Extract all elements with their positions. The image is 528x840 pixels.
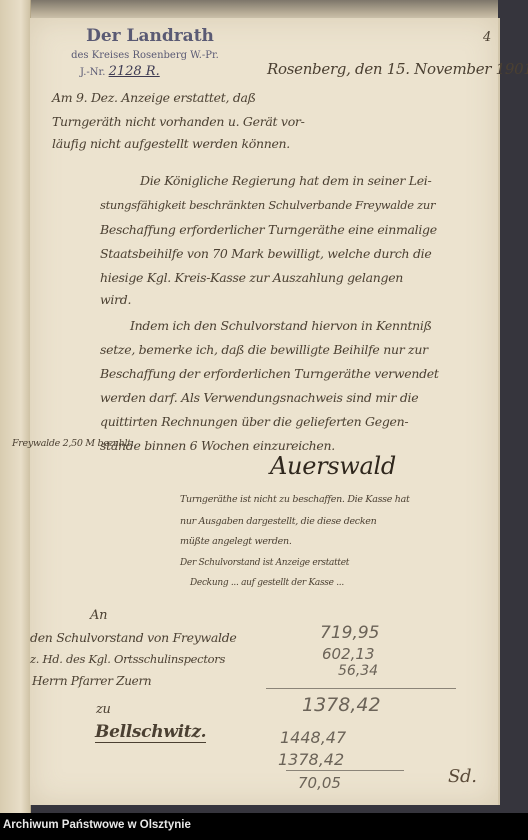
archive-name: Archiwum Państwowe w Olsztynie	[3, 819, 191, 831]
body-line: Indem ich den Schulvorstand hiervon in K…	[130, 318, 432, 333]
document-viewer: Der Landrath des Kreises Rosenberg W.-Pr…	[0, 0, 528, 813]
calc-addend: 719,95	[320, 623, 379, 643]
calc-addend: 602,13	[322, 645, 375, 663]
left-binding-leaf	[0, 0, 31, 813]
body-line: Beschaffung erforderlicher Turngeräthe e…	[100, 222, 437, 237]
journal-number: J.-Nr. 2128 R.	[80, 64, 160, 79]
address-to: An	[90, 608, 107, 623]
body-line: stände binnen 6 Wochen einzureichen.	[100, 438, 335, 453]
body-line: läufig nicht aufgestellt werden können.	[52, 136, 290, 151]
body-line: hiesige Kgl. Kreis-Kasse zur Auszahlung …	[100, 270, 403, 285]
annotation-line: nur Ausgaben dargestellt, die diese deck…	[180, 516, 376, 527]
body-line: wird.	[100, 292, 131, 307]
address-prep: zu	[96, 702, 111, 717]
journal-number-value: 2128 R.	[109, 64, 160, 79]
date-line: Rosenberg, den 15. November 1901.	[267, 60, 528, 78]
address-line-2: z. Hd. des Kgl. Ortsschulinspectors	[30, 652, 225, 666]
body-line: Staatsbeihilfe von 70 Mark bewilligt, we…	[100, 246, 431, 261]
calc-addend: 56,34	[338, 663, 378, 679]
difference-rule	[286, 770, 404, 771]
annotation-line: Deckung ... auf gestellt der Kasse ...	[190, 578, 344, 588]
body-line: setze, bemerke ich, daß die bewilligte B…	[100, 342, 428, 357]
calc-minuend: 1448,47	[280, 728, 346, 747]
annotation-line: müßte angelegt werden.	[180, 536, 292, 547]
corner-initials: Sd.	[448, 766, 477, 787]
body-line: Am 9. Dez. Anzeige erstattet, daß	[52, 90, 256, 105]
letterhead-subtitle: des Kreises Rosenberg W.-Pr.	[40, 50, 250, 61]
body-line: stungsfähigkeit beschränkten Schulverban…	[100, 198, 435, 212]
body-line: Beschaffung der erforderlichen Turngerät…	[100, 366, 439, 381]
calc-difference: 70,05	[298, 774, 341, 792]
body-line: Turngeräth nicht vorhanden u. Gerät vor-	[52, 114, 305, 129]
signature: Auerswald	[270, 452, 396, 480]
document-page: Der Landrath des Kreises Rosenberg W.-Pr…	[30, 18, 500, 805]
calc-subtrahend: 1378,42	[278, 750, 344, 769]
calc-total: 1378,42	[302, 694, 381, 716]
address-line-1: den Schulvorstand von Freywalde	[30, 630, 237, 645]
archive-footer: Archiwum Państwowe w Olsztynie	[0, 813, 528, 840]
folio-number: 4	[483, 30, 491, 45]
margin-note: Freywalde 2,50 M bezahlt.	[12, 438, 133, 449]
annotation-line: Der Schulvorstand ist Anzeige erstattet	[180, 558, 349, 568]
address-place: Bellschwitz.	[95, 722, 206, 743]
body-line: werden darf. Als Verwendungsnachweis sin…	[100, 390, 418, 405]
body-line: Die Königliche Regierung hat dem in sein…	[140, 173, 431, 188]
sum-rule	[266, 688, 456, 689]
journal-prefix: J.-Nr.	[80, 67, 105, 78]
address-line-3: Herrn Pfarrer Zuern	[32, 674, 151, 688]
annotation-line: Turngeräthe ist nicht zu beschaffen. Die…	[180, 494, 409, 505]
letterhead-title: Der Landrath	[65, 26, 235, 46]
body-line: quittirten Rechnungen über die geliefert…	[100, 414, 408, 429]
